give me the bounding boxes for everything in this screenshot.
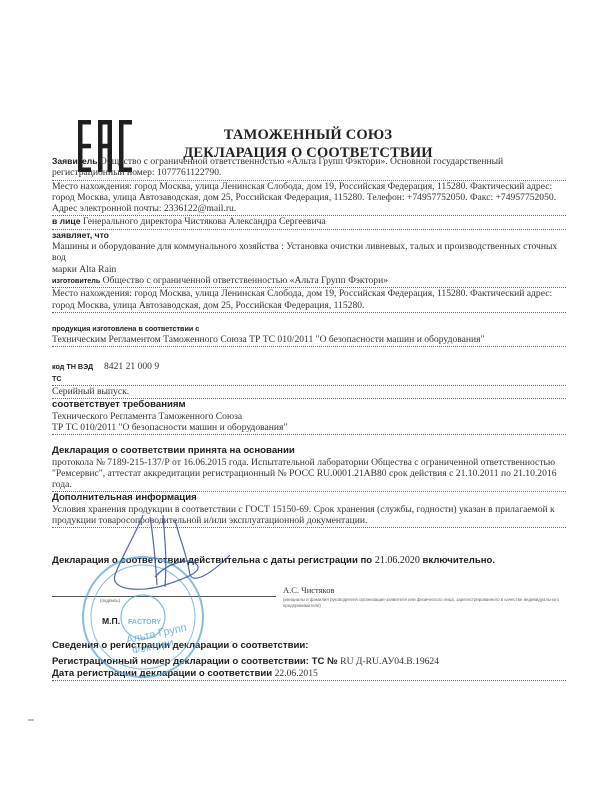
manufacturer-section: изготовитель Общество с ограниченной отв…: [52, 275, 566, 288]
produced-per-label: продукция изготовлена в соответствии с: [52, 323, 566, 334]
signer-name: А.С. Чистяков: [283, 585, 335, 595]
applicant-address-section: Место нахождения: город Москва, улица Ле…: [52, 181, 566, 217]
release-section: Серийный выпуск.: [52, 386, 566, 399]
product-line-1: Машины и оборудование для коммунального …: [52, 241, 566, 252]
person-label: в лице: [52, 216, 80, 226]
person-value: Генерального директора Чистякова Алексан…: [83, 216, 326, 227]
additional-line-2: продукции товаросопроводительной и/или э…: [52, 515, 566, 526]
additional-label: Дополнительная информация: [52, 492, 566, 503]
applicant-person-section: в лице Генерального директора Чистякова …: [52, 216, 566, 229]
validity-date: 21.06.2020: [375, 555, 420, 566]
product-brand: марки Alta Rain: [52, 264, 566, 275]
manufacturer-address-2: город Москва, улица Автозаводская, дом 2…: [52, 300, 566, 311]
registration-number-value: RU Д-RU.АУ04.В.19624: [340, 656, 439, 667]
scan-artifact: [28, 719, 34, 721]
complies-label: соответствует требованиям: [52, 399, 566, 410]
applicant-label: Заявитель: [52, 156, 97, 166]
manufacturer-name: Общество с ограниченной ответственностью…: [103, 275, 388, 286]
registration-date-row: Дата регистрации декларации о соответств…: [52, 668, 566, 682]
applicant-address-2: город Москва, улица Автозаводская, дом 2…: [52, 192, 566, 203]
basis-section: Декларация о соответствии принята на осн…: [52, 445, 566, 492]
declaration-page: ТАМОЖЕННЫЙ СОЮЗ ДЕКЛАРАЦИЯ О СООТВЕТСТВИ…: [0, 0, 600, 800]
additional-section: Дополнительная информация Условия хранен…: [52, 492, 566, 528]
stamp-mark-label: М.П.: [102, 616, 120, 626]
signer-caption: (инициалы и фамилия руководителя организ…: [283, 597, 563, 608]
declares-section: заявляет, что Машины и оборудование для …: [52, 230, 566, 275]
signature-caption: (подпись): [100, 598, 120, 603]
basis-line-1: протокола № 7189-215-137/Р от 16.06.2015…: [52, 457, 566, 468]
manufacturer-address-1: Место нахождения: город Москва, улица Ле…: [52, 288, 566, 299]
registration-date-value: 22.06.2015: [275, 668, 318, 679]
manufacturer-label: изготовитель: [52, 276, 100, 285]
complies-line-2: ТР ТС 010/2011 "О безопасности машин и о…: [52, 422, 566, 433]
registration-number-label: Регистрационный номер декларации о соотв…: [52, 656, 338, 667]
declares-label: заявляет, что: [52, 230, 566, 241]
basis-label: Декларация о соответствии принята на осн…: [52, 445, 566, 456]
basis-line-2: "Ремсервис", аттестат аккредитации регис…: [52, 468, 566, 479]
produced-per-section: продукция изготовлена в соответствии с Т…: [52, 323, 566, 348]
svg-text:FACTORY: FACTORY: [128, 619, 161, 626]
tnved-value: 8421 21 000 9: [104, 361, 159, 372]
manufacturer-address-section: Место нахождения: город Москва, улица Ле…: [52, 288, 566, 313]
applicant-section: Заявитель Общество с ограниченной ответс…: [52, 156, 566, 181]
signature-line: [52, 596, 276, 597]
applicant-email: Адрес электронной почты: 2336122@mail.ru…: [52, 203, 566, 214]
validity-prefix: Декларация о соответствии действительна …: [52, 555, 372, 566]
validity-statement: Декларация о соответствии действительна …: [52, 555, 566, 566]
declaration-body: Заявитель Общество с ограниченной ответс…: [52, 156, 566, 528]
applicant-address-1: Место нахождения: город Москва, улица Ле…: [52, 181, 566, 192]
tnved-section: код ТН ВЭД ТС 8421 21 000 9: [52, 361, 566, 386]
applicant-reg-number: регистрационный номер: 1077761122790.: [52, 167, 566, 178]
registration-date-label: Дата регистрации декларации о соответств…: [52, 668, 272, 679]
complies-section: соответствует требованиям Технического Р…: [52, 399, 566, 435]
basis-line-3: года.: [52, 479, 566, 490]
release-type: Серийный выпуск.: [52, 386, 566, 397]
applicant-name: Общество с ограниченной ответственностью…: [100, 156, 503, 167]
registration-block: Регистрационный номер декларации о соотв…: [52, 656, 566, 681]
registration-number-row: Регистрационный номер декларации о соотв…: [52, 656, 566, 668]
tnved-label: код ТН ВЭД ТС: [52, 361, 104, 384]
additional-line-1: Условия хранения продукции в соответстви…: [52, 504, 566, 515]
validity-suffix: включительно.: [423, 555, 496, 566]
complies-line-1: Технического Регламента Таможенного Союз…: [52, 411, 566, 422]
registration-heading: Сведения о регистрации декларации о соот…: [52, 640, 308, 651]
produced-per-value: Техническим Регламентом Таможенного Союз…: [52, 334, 566, 345]
product-line-2: вод: [52, 252, 566, 263]
title-customs-union: ТАМОЖЕННЫЙ СОЮЗ: [178, 126, 438, 144]
